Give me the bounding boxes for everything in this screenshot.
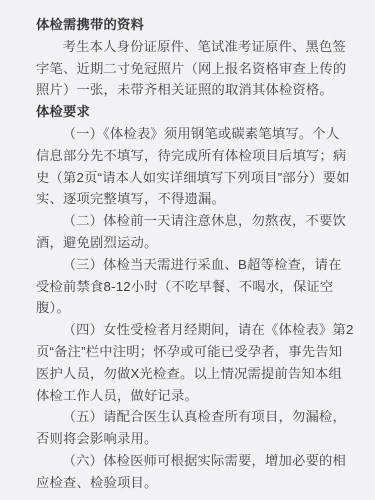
document-body: 体检需携带的资料考生本人身份证原件、笔试准考证原件、黑色签字笔、近期二寸免冠照片… xyxy=(0,0,375,494)
text-line: 医护人员，勿做X光检查。以上情况需提前告知本组 xyxy=(36,363,343,385)
text-line: 体检工作人员，做好记录。 xyxy=(36,385,343,407)
text-line: 页“备注”栏中注明；怀孕或可能已受孕者，事先告知 xyxy=(36,341,343,363)
text-line: 考生本人身份证原件、笔试准考证原件、黑色签 xyxy=(36,36,343,58)
text-line: 实、逐项完整填写，不得遗漏。 xyxy=(36,188,343,210)
text-line: 否则将会影响录用。 xyxy=(36,428,343,450)
text-line: （一）《体检表》须用钢笔或碳素笔填写。个人 xyxy=(36,123,343,145)
document-page: 体检需携带的资料考生本人身份证原件、笔试准考证原件、黑色签字笔、近期二寸免冠照片… xyxy=(0,0,375,500)
text-line: 史（第2页“请本人如实详细填写下列项目”部分）要如 xyxy=(36,167,343,189)
section-heading: 体检要求 xyxy=(36,101,343,123)
text-line: 信息部分先不填写，待完成所有体检项目后填写；病 xyxy=(36,145,343,167)
text-line: （六）体检医师可根据实际需要，增加必要的相 xyxy=(36,450,343,472)
text-line: 字笔、近期二寸免冠照片（网上报名资格审查上传的 xyxy=(36,58,343,80)
text-line: 受检前禁食8-12小时（不吃早餐、不喝水，保证空 xyxy=(36,276,343,298)
text-line: （四）女性受检者月经期间，请在《体检表》第2 xyxy=(36,319,343,341)
section-heading: 体检需携带的资料 xyxy=(36,14,343,36)
text-line: （二）体检前一天请注意休息，勿熬夜，不要饮 xyxy=(36,210,343,232)
text-line: 照片）一张，未带齐相关证照的取消其体检资格。 xyxy=(36,79,343,101)
text-line: （五）请配合医生认真检查所有项目，勿漏检， xyxy=(36,406,343,428)
text-line: 酒，避免剧烈运动。 xyxy=(36,232,343,254)
text-line: 应检查、检验项目。 xyxy=(36,472,343,494)
text-line: （三）体检当天需进行采血、B超等检查，请在 xyxy=(36,254,343,276)
text-line: 腹）。 xyxy=(36,297,343,319)
